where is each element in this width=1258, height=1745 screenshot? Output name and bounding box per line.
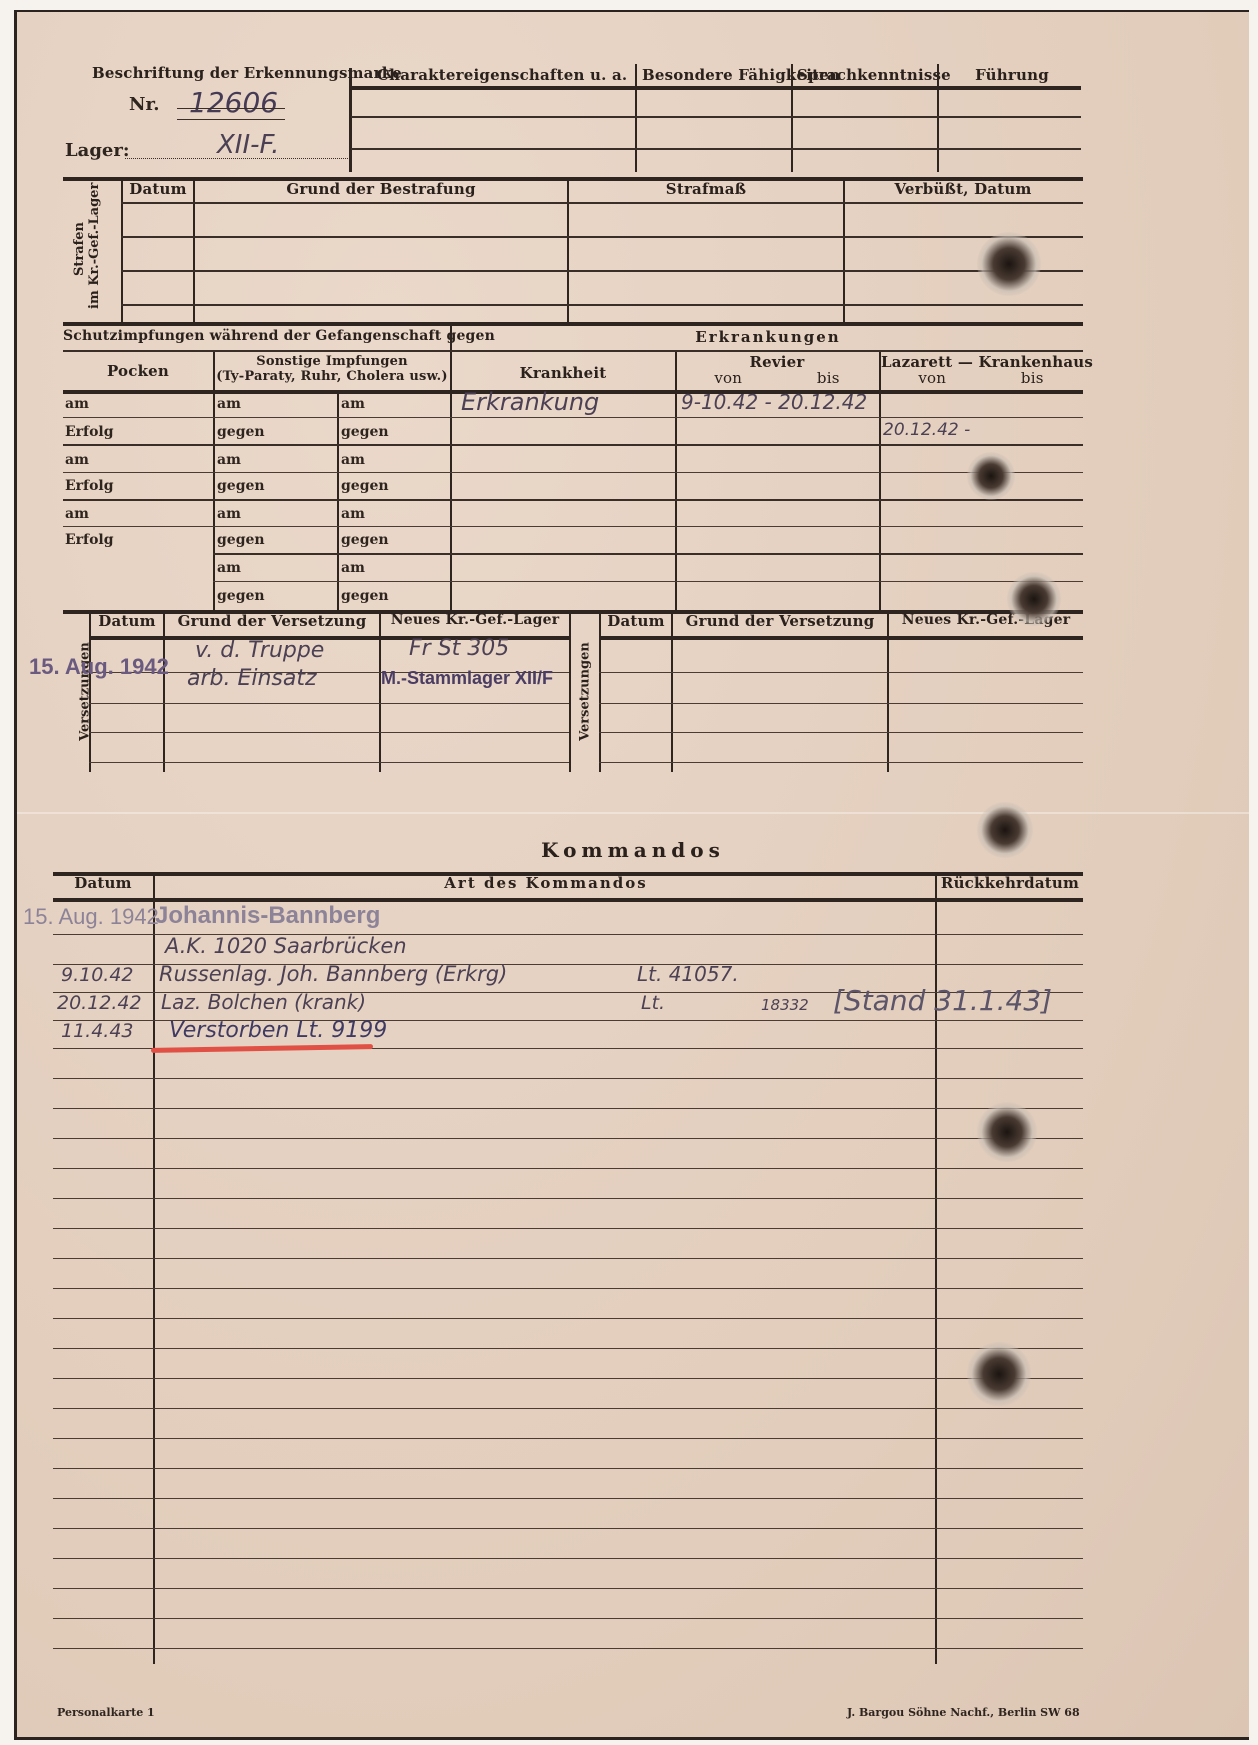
- rule: [63, 526, 1083, 527]
- punch-hole: [967, 452, 1015, 500]
- punch-hole: [967, 1342, 1031, 1406]
- kommando-datum: 11.4.43: [61, 1020, 134, 1042]
- transfers-side-label-right: Versetzungen: [578, 642, 593, 742]
- col-other-line: (Ty-Paraty, Ruhr, Cholera usw.): [215, 369, 449, 384]
- col-datum: Datum: [53, 874, 153, 892]
- col-pocken: Pocken: [63, 362, 213, 380]
- illness-revier-dates: 9-10.42 - 20.12.42: [681, 390, 867, 414]
- illness-lazarett-dates: 20.12.42 -: [883, 420, 970, 440]
- divider: [193, 179, 195, 322]
- transfer-reason-line1: v. d. Truppe: [195, 638, 324, 663]
- kommando-art: Russenlag. Joh. Bannberg (Erkrg): [159, 962, 507, 986]
- rule: [53, 1378, 1083, 1379]
- col-other-line: Sonstige Impfungen: [215, 354, 449, 369]
- fold-line: [17, 812, 1249, 814]
- divider: [843, 179, 845, 322]
- pocken-row: am: [65, 396, 89, 412]
- kommando-ref: Lt. 41057.: [637, 962, 739, 986]
- col-reason: Grund der Versetzung: [165, 612, 379, 630]
- rule: [63, 350, 1083, 352]
- pocken-row: am: [65, 506, 89, 522]
- pocken-row: am: [65, 452, 89, 468]
- rule: [89, 703, 569, 704]
- von-label: von: [918, 370, 946, 386]
- rule: [599, 703, 1083, 704]
- rule: [53, 1228, 1083, 1229]
- col-served: Verbüßt, Datum: [845, 180, 1081, 198]
- kommando-place-stamp: Johannis-Bannberg: [155, 902, 380, 930]
- bis-label: bis: [817, 370, 840, 386]
- rule: [53, 1618, 1083, 1619]
- rule: [53, 1318, 1083, 1319]
- kommando-art-deceased: Verstorben Lt. 9199: [169, 1018, 387, 1043]
- kommandos-title: Kommandos: [17, 838, 1249, 862]
- rule: [53, 1108, 1083, 1109]
- kommando-datum: 9.10.42: [61, 964, 134, 986]
- kommando-ref-number: 18332: [761, 996, 809, 1014]
- punch-hole: [1007, 572, 1061, 626]
- kommando-ref: Lt.: [641, 992, 665, 1014]
- nr-underline: [177, 108, 285, 120]
- rule: [53, 1168, 1083, 1169]
- kommando-art: Laz. Bolchen (krank): [161, 990, 366, 1014]
- col-conduct: Führung: [942, 66, 1082, 84]
- punishments-side-label: Strafen im Kr.-Gef.-Lager: [72, 189, 102, 309]
- col-sentence: Strafmaß: [569, 180, 843, 198]
- rule: [53, 1558, 1083, 1559]
- rule: [63, 499, 1083, 501]
- col-new-camp: Neues Kr.-Gef.-Lager: [381, 612, 569, 628]
- col-datum: Datum: [123, 180, 193, 198]
- other-row: gegen: [217, 588, 265, 604]
- rule: [599, 732, 1083, 733]
- punch-hole: [977, 1102, 1037, 1162]
- other-row: am: [217, 396, 241, 412]
- other-row: am: [341, 560, 365, 576]
- von-bis: vonbis: [677, 370, 877, 386]
- rule: [213, 581, 1083, 582]
- other-row: am: [217, 452, 241, 468]
- personnel-card: Beschriftung der Erkennungsmarke Nr. 126…: [14, 10, 1249, 1740]
- divider: [791, 64, 793, 172]
- lager-label: Lager:: [65, 140, 130, 161]
- other-row: gegen: [341, 478, 389, 494]
- punch-hole: [977, 802, 1033, 858]
- lager-value: XII-F.: [217, 130, 279, 160]
- other-row: gegen: [341, 532, 389, 548]
- rule: [63, 444, 1083, 446]
- other-row: am: [217, 560, 241, 576]
- pocken-row: Erfolg: [65, 532, 114, 548]
- col-character: Charaktereigenschaften u. a.: [377, 66, 627, 84]
- rule: [53, 1138, 1083, 1139]
- status-note: [Stand 31.1.43]: [833, 984, 1052, 1017]
- divider: [635, 64, 637, 172]
- illness-name: Erkrankung: [461, 388, 599, 416]
- tag-label: Beschriftung der Erkennungsmarke: [92, 64, 402, 82]
- divider: [937, 64, 939, 172]
- rule: [53, 1078, 1083, 1079]
- pocken-row: Erfolg: [65, 424, 114, 440]
- von-bis: vonbis: [881, 370, 1081, 386]
- rule: [63, 472, 1083, 473]
- rule: [53, 1498, 1083, 1499]
- rule: [63, 322, 1083, 326]
- kommando-date-stamp: 15. Aug. 1942: [23, 904, 159, 930]
- other-row: gegen: [217, 532, 265, 548]
- col-reason: Grund der Versetzung: [673, 612, 887, 630]
- col-other-vaccines: Sonstige Impfungen (Ty-Paraty, Ruhr, Cho…: [215, 354, 449, 384]
- col-kommando-type: Art des Kommandos: [157, 874, 935, 892]
- kommando-datum: 20.12.42: [57, 992, 142, 1014]
- other-row: gegen: [341, 588, 389, 604]
- rule: [121, 270, 1083, 272]
- side-label-line: im Kr.-Gef.-Lager: [87, 189, 102, 309]
- divider: [121, 179, 123, 322]
- rule: [599, 762, 1083, 763]
- rule: [63, 417, 1083, 418]
- col-return-date: Rückkehrdatum: [937, 874, 1083, 892]
- col-abilities: Besondere Fähigkeiten: [642, 66, 792, 84]
- rule: [599, 636, 1083, 640]
- rule: [53, 1258, 1083, 1259]
- col-languages: Sprachkenntnisse: [797, 66, 942, 84]
- von-label: von: [714, 370, 742, 386]
- divider: [337, 392, 339, 612]
- rule: [53, 1408, 1083, 1409]
- other-row: am: [341, 506, 365, 522]
- rule: [351, 86, 1081, 90]
- printer-imprint: J. Bargou Söhne Nachf., Berlin SW 68: [847, 1706, 1080, 1719]
- col-revier: Revier vonbis: [677, 354, 877, 386]
- rule: [121, 304, 1083, 306]
- rule: [351, 116, 1081, 118]
- lazarett-label: Lazarett — Krankenhaus: [881, 354, 1081, 370]
- rule: [53, 1468, 1083, 1469]
- divider: [567, 179, 569, 322]
- divider: [569, 612, 571, 772]
- divider: [349, 68, 352, 172]
- rule: [53, 1588, 1083, 1589]
- col-datum: Datum: [601, 612, 671, 630]
- illnesses-title: Erkrankungen: [453, 328, 1083, 346]
- red-underline: [151, 1044, 373, 1053]
- revier-label: Revier: [677, 354, 877, 370]
- rule: [89, 762, 569, 763]
- rule: [53, 1198, 1083, 1199]
- divider: [450, 324, 452, 612]
- vaccinations-title: Schutzimpfungen während der Gefangenscha…: [63, 328, 449, 344]
- other-row: am: [341, 396, 365, 412]
- nr-label: Nr.: [129, 94, 160, 115]
- col-datum: Datum: [91, 612, 163, 630]
- transfer-reason-line2: arb. Einsatz: [187, 666, 317, 691]
- col-lazarett: Lazarett — Krankenhaus vonbis: [881, 354, 1081, 386]
- other-row: gegen: [341, 424, 389, 440]
- rule: [53, 1348, 1083, 1349]
- other-row: gegen: [217, 478, 265, 494]
- rule: [53, 1648, 1083, 1649]
- col-krankheit: Krankheit: [453, 364, 673, 382]
- rule: [121, 236, 1083, 238]
- rule: [53, 1288, 1083, 1289]
- other-row: am: [217, 506, 241, 522]
- rule: [599, 672, 1083, 673]
- rule: [213, 553, 1083, 555]
- col-reason: Grund der Bestrafung: [195, 180, 567, 198]
- rule: [53, 1438, 1083, 1439]
- side-label-line: Strafen: [72, 189, 87, 309]
- rule: [53, 1528, 1083, 1529]
- transfer-date-stamp: 15. Aug. 1942: [29, 654, 169, 680]
- rule: [121, 202, 1083, 204]
- transfer-camp-line1: Fr St 305: [409, 636, 509, 661]
- transfer-camp-stamp: M.-Stammlager XII/F: [381, 668, 553, 689]
- pocken-row: Erfolg: [65, 478, 114, 494]
- other-row: am: [341, 452, 365, 468]
- bis-label: bis: [1021, 370, 1044, 386]
- other-row: gegen: [217, 424, 265, 440]
- form-name: Personalkarte 1: [57, 1706, 155, 1719]
- rule: [351, 148, 1081, 150]
- rule: [89, 732, 569, 733]
- kommando-art: A.K. 1020 Saarbrücken: [165, 934, 407, 958]
- punch-hole: [977, 232, 1041, 296]
